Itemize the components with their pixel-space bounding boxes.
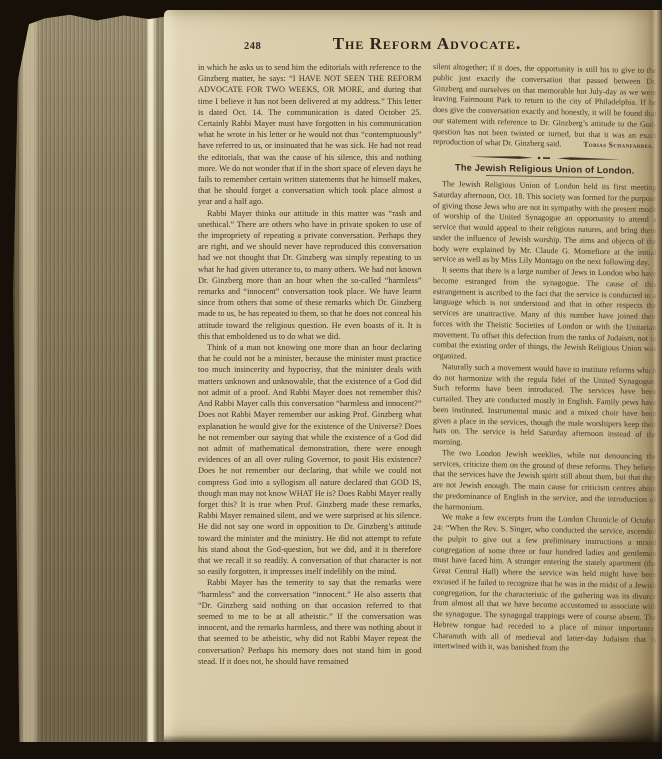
paragraph: The two London Jewish weeklies, while no… [433, 448, 657, 517]
left-column: in which he asks us to send him the edit… [198, 62, 422, 742]
paragraph: Rabbi Mayer thinks our attitude in this … [198, 208, 422, 342]
page-header: 248 The Reform Advocate. [198, 34, 656, 64]
paragraph: Think of a man not knowing one more than… [198, 342, 422, 577]
paragraph: in which he asks us to send him the edit… [198, 62, 422, 208]
text-columns: in which he asks us to send him the edit… [198, 62, 656, 742]
section-heading: The Jewish Religious Union of London. [433, 162, 657, 177]
right-column: silent altogether; if it does, the oppor… [433, 62, 657, 742]
page-surface: 248 The Reform Advocate. in which he ask… [164, 10, 662, 742]
page-number: 248 [244, 41, 261, 52]
paragraph: It seems that there is a large number of… [433, 265, 657, 366]
paragraph: Naturally such a movement would have to … [433, 362, 657, 452]
paragraph: silent altogether; if it does, the oppor… [433, 62, 657, 152]
paragraph: We make a few excerpts from the London C… [433, 512, 657, 656]
page-title: The Reform Advocate. [198, 34, 656, 54]
book-page-edges [10, 14, 168, 742]
section-divider-ornament [468, 153, 620, 164]
paragraph: Rabbi Mayer has the temerity to say that… [198, 577, 422, 667]
paragraph: The Jewish Religious Union of London hel… [433, 179, 657, 269]
